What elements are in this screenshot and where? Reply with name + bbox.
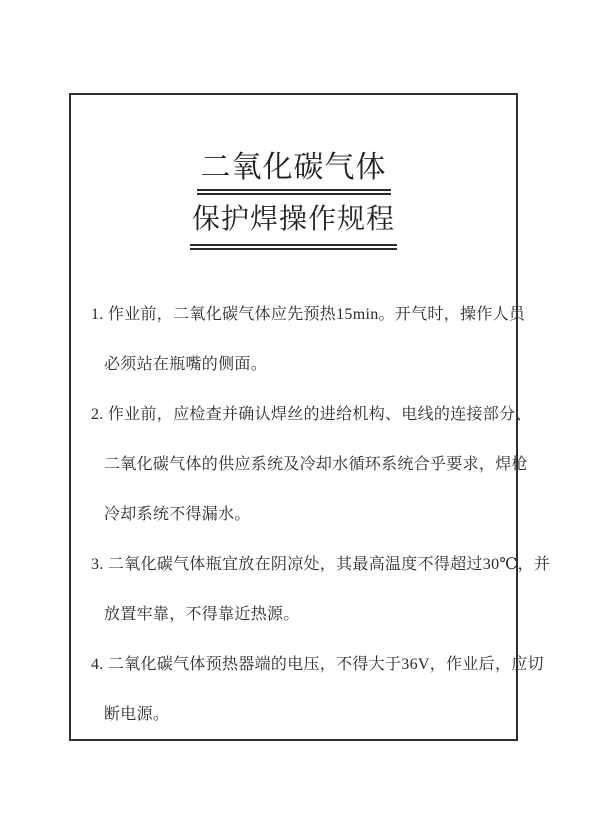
title-line-2-text: 保护焊操作规程	[190, 205, 397, 250]
procedure-item-3-line-1: 3. 二氧化碳气体瓶宜放在阴凉处，其最高温度不得超过30℃，并	[71, 554, 516, 604]
procedure-item-2-line-3: 冷却系统不得漏水。	[71, 504, 516, 554]
procedure-item-2-line-1: 2. 作业前，应检查并确认焊丝的进给机构、电线的连接部分、	[71, 404, 516, 454]
document-frame: 二氧化碳气体 保护焊操作规程 1. 作业前，二氧化碳气体应先预热15min。开气…	[69, 93, 518, 741]
title-line-1: 二氧化碳气体	[71, 151, 516, 195]
procedure-list: 1. 作业前，二氧化碳气体应先预热15min。开气时，操作人员 必须站在瓶嘴的侧…	[71, 304, 516, 754]
procedure-item-2-line-2: 二氧化碳气体的供应系统及冷却水循环系统合乎要求，焊枪	[71, 454, 516, 504]
procedure-item-1-line-2: 必须站在瓶嘴的侧面。	[71, 354, 516, 404]
scanned-document-page: 二氧化碳气体 保护焊操作规程 1. 作业前，二氧化碳气体应先预热15min。开气…	[0, 0, 590, 835]
procedure-item-4-line-1: 4. 二氧化碳气体预热器端的电压，不得大于36V，作业后，应切	[71, 654, 516, 704]
procedure-item-4-line-2: 断电源。	[71, 704, 516, 754]
title-line-2: 保护焊操作规程	[71, 205, 516, 250]
title-line-1-text: 二氧化碳气体	[197, 151, 391, 195]
procedure-item-1-line-1: 1. 作业前，二氧化碳气体应先预热15min。开气时，操作人员	[71, 304, 516, 354]
procedure-item-3-line-2: 放置牢靠，不得靠近热源。	[71, 604, 516, 654]
document-title: 二氧化碳气体 保护焊操作规程	[71, 151, 516, 250]
